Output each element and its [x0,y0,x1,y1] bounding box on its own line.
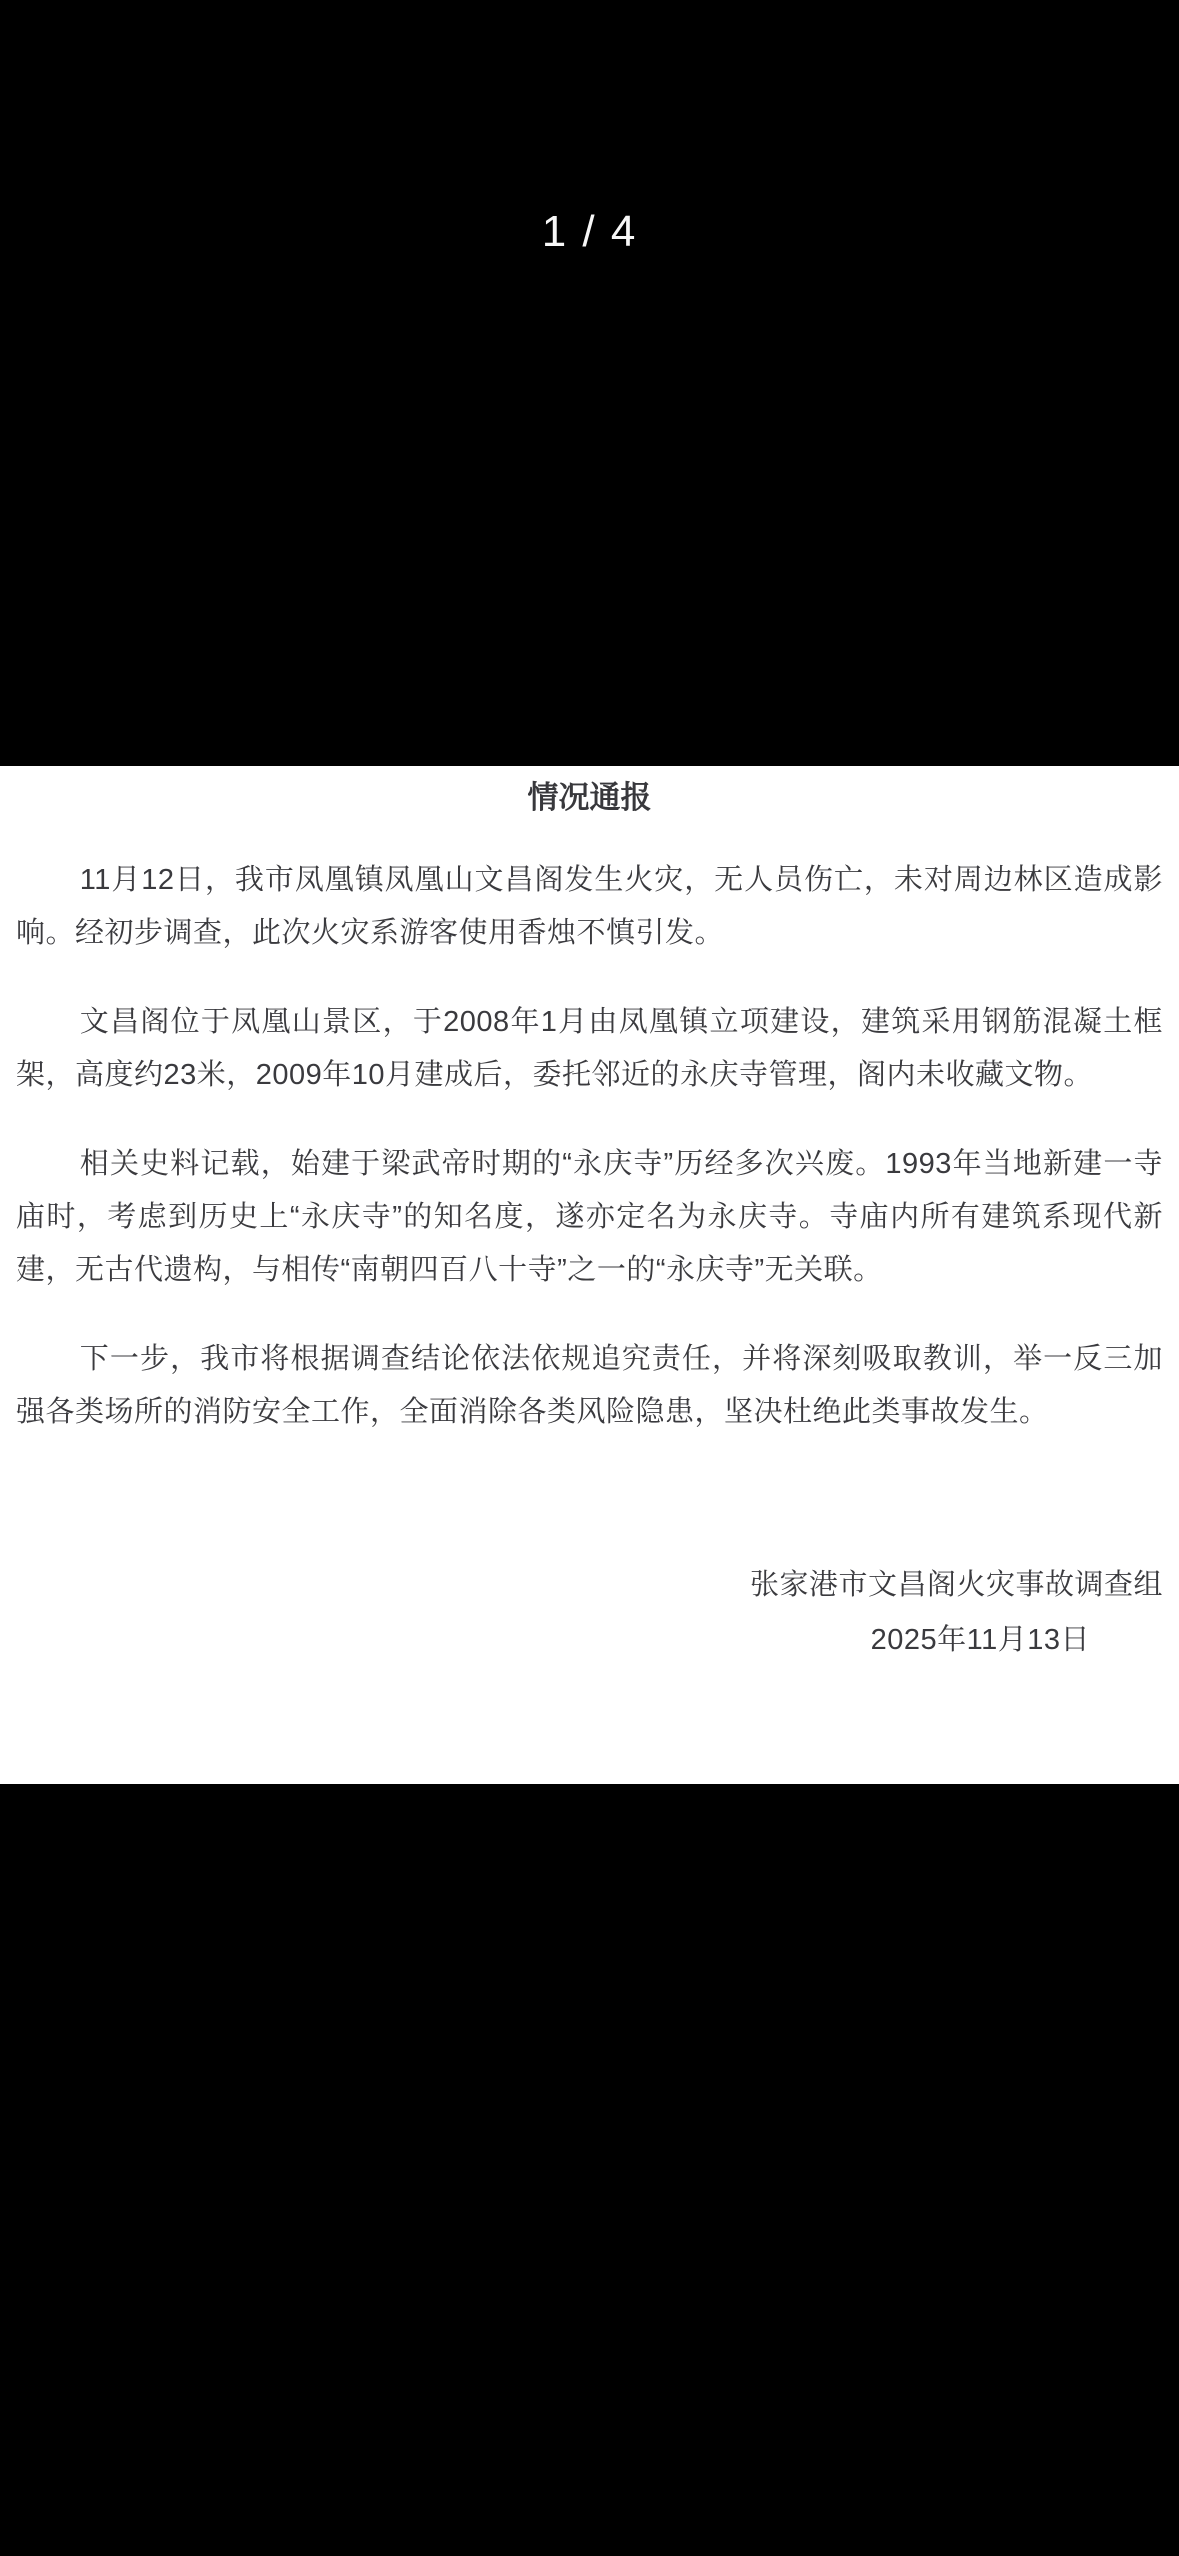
notice-document-image[interactable]: 情况通报 11月12日，我市凤凰镇凤凰山文昌阁发生火灾，无人员伤亡，未对周边林区… [0,766,1179,1784]
notice-paragraph: 11月12日，我市凤凰镇凤凰山文昌阁发生火灾，无人员伤亡，未对周边林区造成影响。… [16,854,1163,960]
notice-paragraph: 文昌阁位于凤凰山景区，于2008年1月由凤凰镇立项建设，建筑采用钢筋混凝土框架，… [16,996,1163,1102]
image-viewer-screen[interactable]: 1 / 4 情况通报 11月12日，我市凤凰镇凤凰山文昌阁发生火灾，无人员伤亡，… [0,0,1179,2556]
page-indicator: 1 / 4 [0,207,1179,257]
notice-signature: 张家港市文昌阁火灾事故调查组 [16,1559,1163,1612]
notice-paragraph: 下一步，我市将根据调查结论依法依规追究责任，并将深刻吸取教训，举一反三加强各类场… [16,1333,1163,1439]
notice-title: 情况通报 [16,778,1163,818]
notice-paragraph: 相关史料记载，始建于梁武帝时期的“永庆寺”历经多次兴废。1993年当地新建一寺庙… [16,1138,1163,1297]
notice-date: 2025年11月13日 [16,1614,1090,1667]
